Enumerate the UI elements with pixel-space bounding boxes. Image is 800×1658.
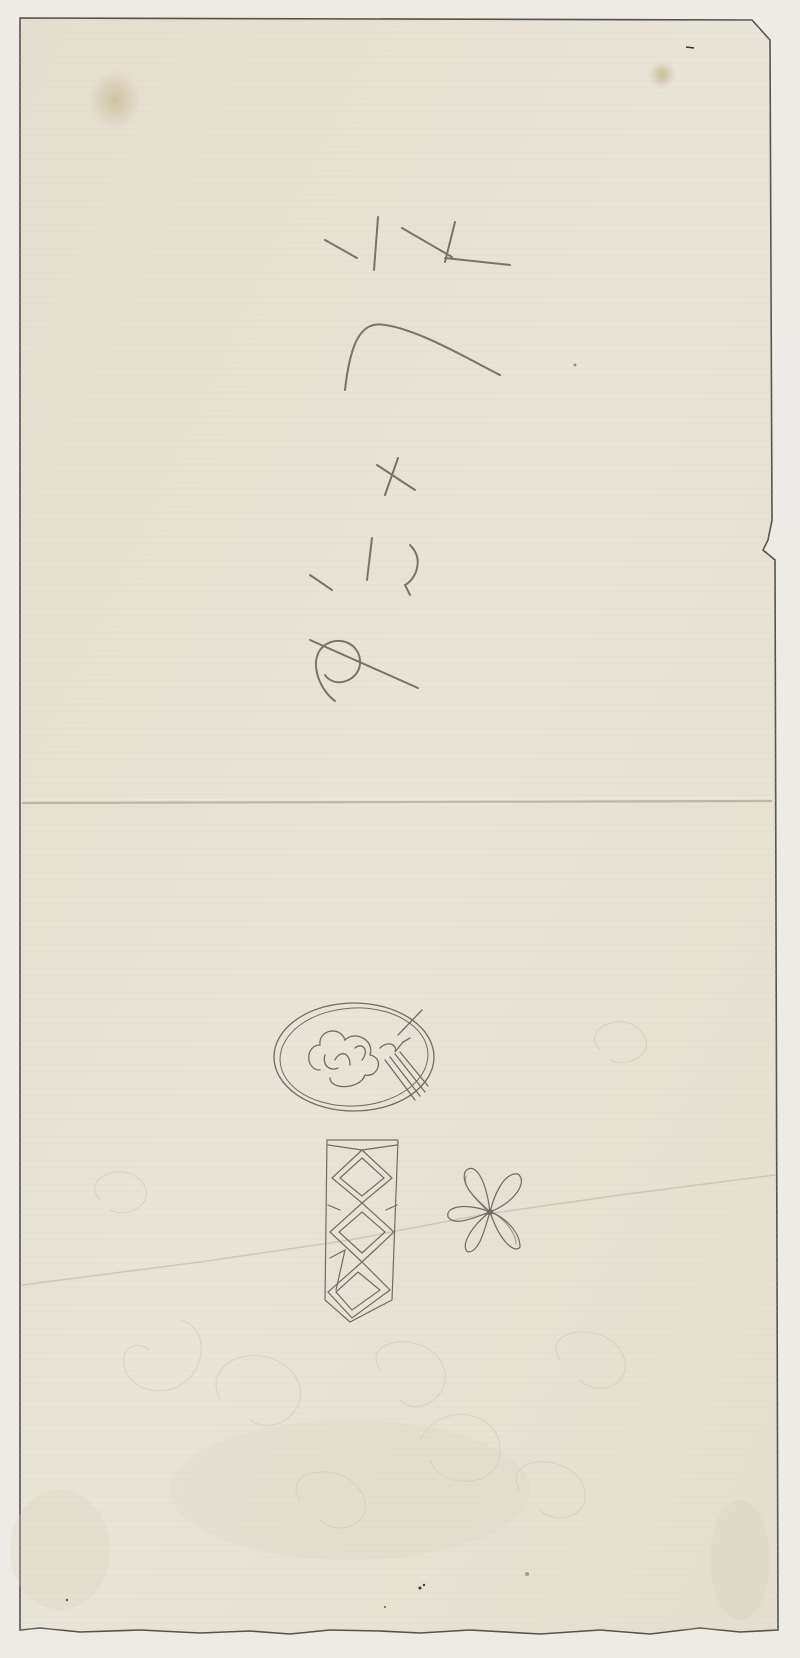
stain-spot (648, 61, 676, 89)
ink-mark (686, 47, 694, 48)
stain-spot (89, 70, 141, 130)
flower-center (488, 1210, 493, 1215)
paper-sheet (10, 18, 778, 1634)
scanned-sheet (0, 0, 800, 1658)
